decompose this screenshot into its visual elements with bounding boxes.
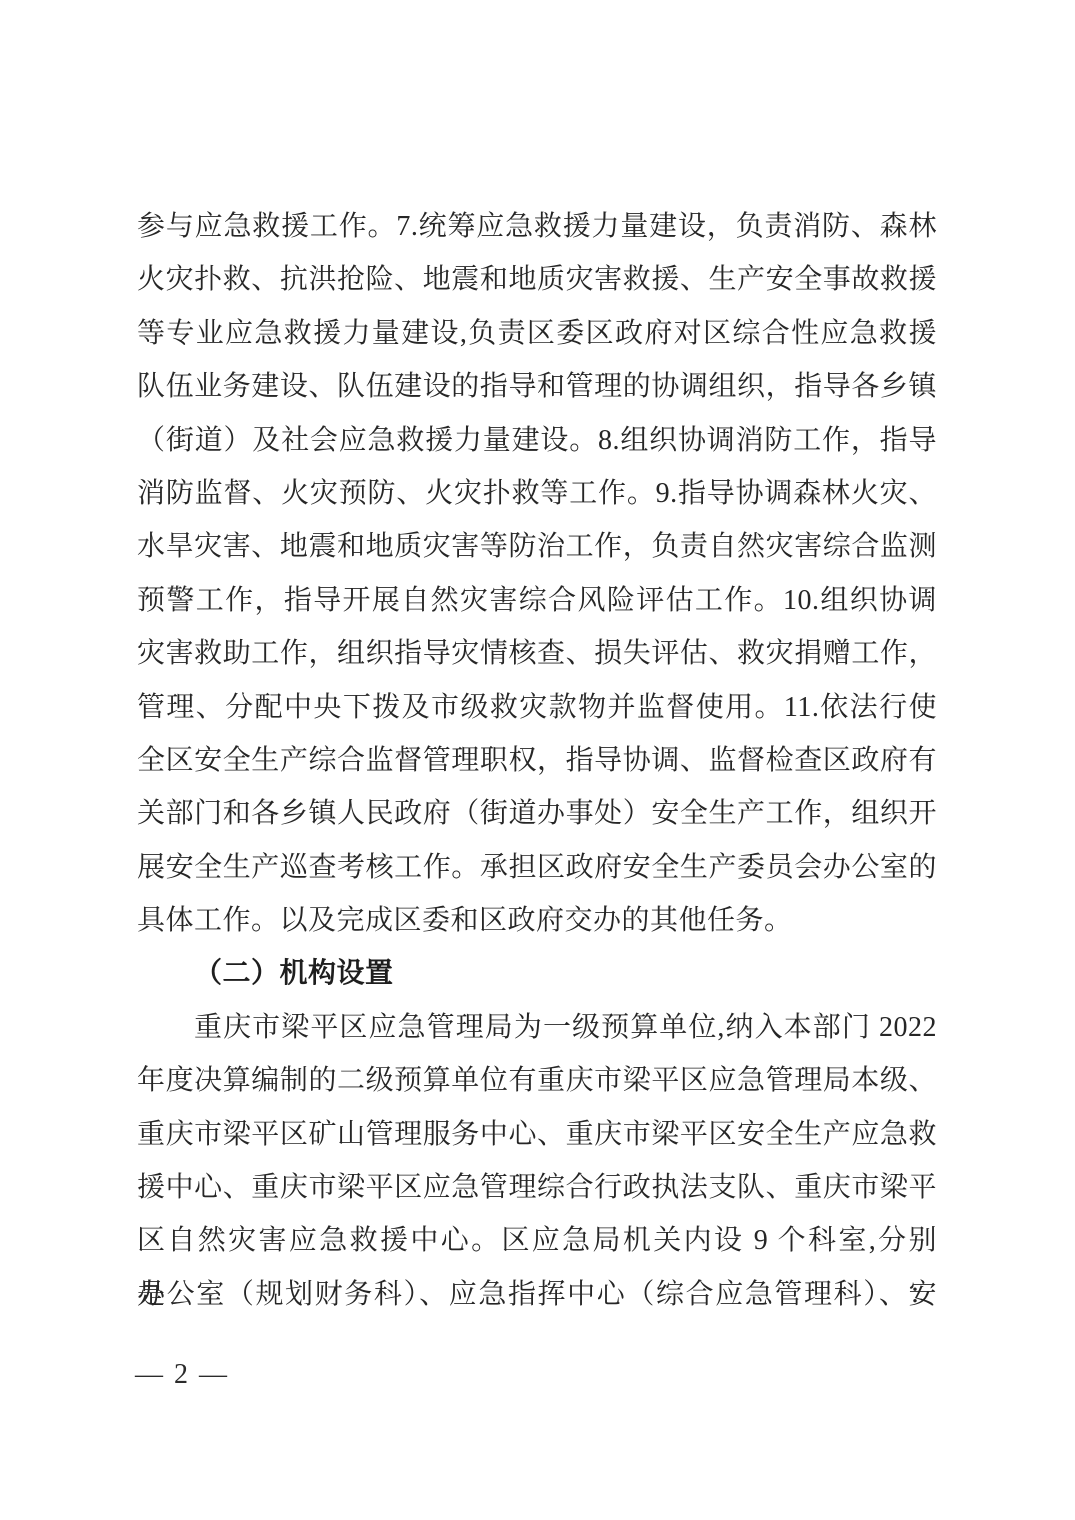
document-body: 参与应急救援工作。7.统筹应急救援力量建设，负责消防、森林火灾扑救、抗洪抢险、地… — [137, 200, 937, 1321]
text-line: 全区安全生产综合监督管理职权，指导协调、监督检查区政府有 — [137, 734, 937, 787]
text-line: 重庆市梁平区矿山管理服务中心、重庆市梁平区安全生产应急救 — [137, 1108, 937, 1161]
text-line: 展安全生产巡查考核工作。承担区政府安全生产委员会办公室的 — [137, 841, 937, 894]
text-line: 消防监督、火灾预防、火灾扑救等工作。9.指导协调森林火灾、 — [137, 467, 937, 520]
text-line: 重庆市梁平区应急管理局为一级预算单位,纳入本部门 2022 — [137, 1001, 937, 1054]
text-line: 参与应急救援工作。7.统筹应急救援力量建设，负责消防、森林 — [137, 200, 937, 253]
text-line: 具体工作。以及完成区委和区政府交办的其他任务。 — [137, 894, 937, 947]
text-line: 区自然灾害应急救援中心。区应急局机关内设 9 个科室,分别是： — [137, 1214, 937, 1267]
section-heading: （二）机构设置 — [137, 947, 937, 1000]
document-page: 参与应急救援工作。7.统筹应急救援力量建设，负责消防、森林火灾扑救、抗洪抢险、地… — [0, 0, 1075, 1520]
text-line: 援中心、重庆市梁平区应急管理综合行政执法支队、重庆市梁平 — [137, 1161, 937, 1214]
text-line: 灾害救助工作，组织指导灾情核查、损失评估、救灾捐赠工作， — [137, 627, 937, 680]
text-line: 火灾扑救、抗洪抢险、地震和地质灾害救援、生产安全事故救援 — [137, 253, 937, 306]
text-line: 年度决算编制的二级预算单位有重庆市梁平区应急管理局本级、 — [137, 1054, 937, 1107]
text-line: 关部门和各乡镇人民政府（街道办事处）安全生产工作，组织开 — [137, 787, 937, 840]
text-line: 水旱灾害、地震和地质灾害等防治工作，负责自然灾害综合监测 — [137, 520, 937, 573]
text-line: 管理、分配中央下拨及市级救灾款物并监督使用。11.依法行使 — [137, 681, 937, 734]
text-line: 队伍业务建设、队伍建设的指导和管理的协调组织，指导各乡镇 — [137, 360, 937, 413]
text-line: （街道）及社会应急救援力量建设。8.组织协调消防工作，指导 — [137, 414, 937, 467]
text-line: 办公室（规划财务科）、应急指挥中心（综合应急管理科）、安 — [137, 1268, 937, 1321]
text-line: 等专业应急救援力量建设,负责区委区政府对区综合性应急救援 — [137, 307, 937, 360]
page-number: — 2 — — [135, 1355, 229, 1395]
text-line: 预警工作，指导开展自然灾害综合风险评估工作。10.组织协调 — [137, 574, 937, 627]
